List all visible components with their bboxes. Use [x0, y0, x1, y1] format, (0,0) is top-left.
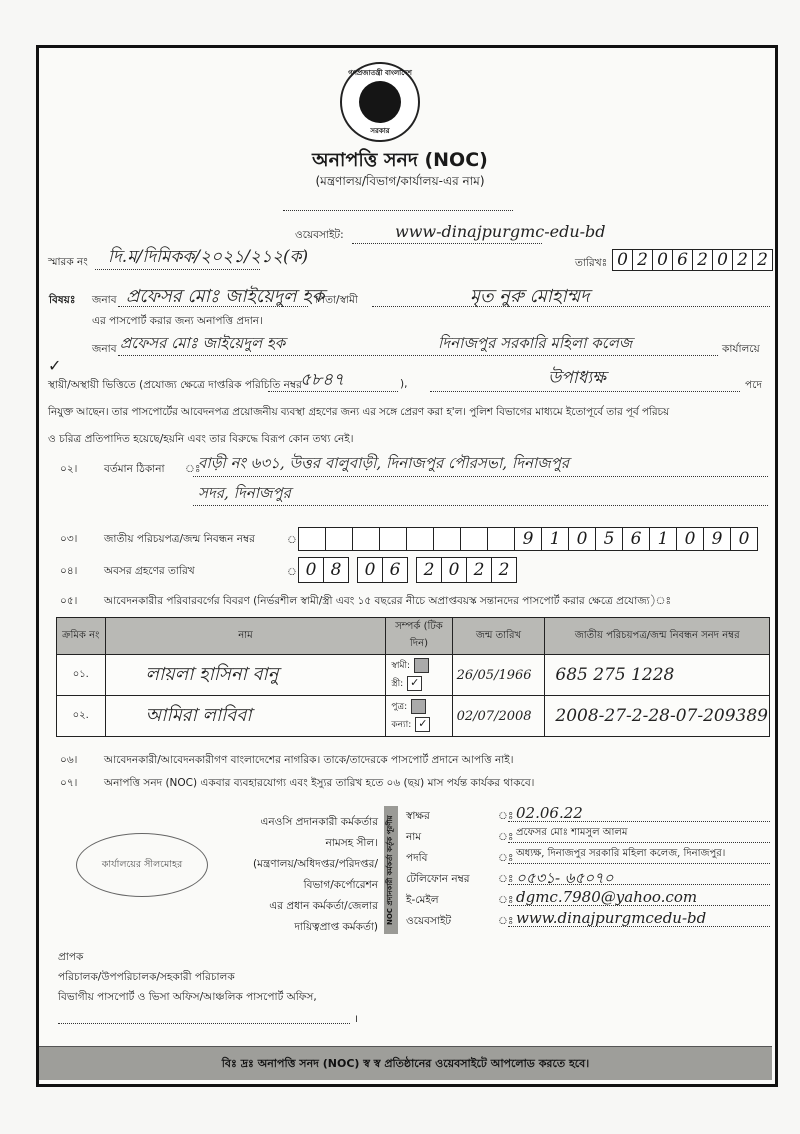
item-04-number: ০৪।: [60, 564, 77, 581]
government-seal-icon: গণপ্রজাতন্ত্রী বাংলাদেশ সরকার: [340, 62, 420, 142]
field-line: [508, 863, 770, 864]
emblem-top-text: গণপ্রজাতন্ত্রী বাংলাদেশ: [342, 67, 418, 79]
digit-box[interactable]: 9: [515, 528, 542, 550]
row-name[interactable]: আমিরা লাবিবা: [105, 696, 386, 737]
officer-description: এনওসি প্রদানকারী কর্মকর্তারনামসহ সীল।(মন…: [200, 812, 378, 938]
unchecked-checkbox[interactable]: [414, 658, 429, 673]
janab-label: জনাব: [92, 293, 117, 310]
digit-box[interactable]: 2: [733, 250, 753, 270]
officer-description-line: এর প্রধান কর্মকর্তা/জেলার: [200, 896, 378, 917]
memo-value[interactable]: দি.ম/দিমিকক/২০২১/২১২(ক): [108, 244, 308, 272]
checked-checkbox[interactable]: ✓: [407, 676, 422, 691]
col-name: নাম: [105, 618, 386, 655]
col-dob: জন্ম তারিখ: [452, 618, 545, 655]
digit-box[interactable]: 2: [417, 558, 442, 582]
validity-statement: অনাপত্তি সনদ (NOC) একবার ব্যবহারযোগ্য এব…: [104, 776, 534, 793]
office-suffix: কার্যালয়ে: [722, 342, 760, 359]
website-value[interactable]: www-dinajpurgmc-edu-bd: [395, 222, 606, 241]
field-label: ওয়েবসাইট: [406, 914, 451, 931]
officer-description-line: নামসহ সীল।: [200, 833, 378, 854]
ministry-name-line: [283, 210, 513, 211]
row-serial: ০২.: [57, 696, 106, 737]
digit-box[interactable]: 8: [324, 558, 348, 582]
field-value[interactable]: dgmc.7980@yahoo.com: [516, 888, 697, 906]
family-table: ক্রমিক নং নাম সম্পর্ক (টিক দিন) জন্ম তার…: [56, 617, 770, 737]
row-id[interactable]: 2008-27-2-28-07-209389: [545, 696, 770, 737]
relation-label: স্ত্রী:: [391, 679, 403, 689]
digit-box[interactable]: 0: [358, 558, 383, 582]
designation[interactable]: উপাধ্যক্ষ: [548, 365, 606, 393]
item-05-number: ০৫।: [60, 594, 77, 611]
row-dob[interactable]: 26/05/1966: [452, 655, 545, 696]
digit-box[interactable]: 9: [704, 528, 731, 550]
digit-box[interactable]: 6: [673, 250, 693, 270]
digit-box[interactable]: 0: [442, 558, 467, 582]
colon: ঃ: [498, 872, 513, 889]
signatory-field: পদবি ঃ অধ্যক্ষ, দিনাজপুর সরকারি মহিলা কল…: [406, 848, 771, 869]
address-value-1[interactable]: বাড়ী নং ৬৩১, উত্তর বালুবাড়ী, দিনাজপুর …: [198, 452, 569, 477]
body-applicant-name[interactable]: প্রফেসর মোঃ জাইয়েদুল হক: [120, 332, 285, 357]
digit-box[interactable]: 2: [467, 558, 492, 582]
colon: ঃ: [498, 851, 513, 868]
digit-box[interactable]: 0: [569, 528, 596, 550]
field-value[interactable]: 02.06.22: [516, 804, 583, 822]
noc-officer-strip: NOC প্রদানকারী কর্মকর্তা কর্তৃক পূরণীয়: [384, 806, 398, 934]
relation-option: কন্যা:✓: [387, 716, 450, 734]
relation-option: স্বামী:: [387, 657, 450, 675]
body-janab-label: জনাব: [92, 342, 117, 359]
unchecked-checkbox[interactable]: [411, 699, 426, 714]
address-value-2[interactable]: সদর, দিনাজপুর: [198, 482, 291, 507]
recipient-label: প্রাপক: [58, 950, 83, 967]
applicant-name[interactable]: প্রফেসর মোঃ জাইয়েদুল হক: [126, 282, 324, 313]
digit-box[interactable]: 0: [677, 528, 704, 550]
field-label: নাম: [406, 830, 421, 847]
digit-box[interactable]: [299, 528, 326, 550]
row-id[interactable]: 685 275 1228: [545, 655, 770, 696]
status-prefix: স্থায়ী/অস্থায়ী ভিত্তিতে (প্রযোজ্য ক্ষে…: [48, 378, 302, 395]
row-relation: স্বামী:স্ত্রী:✓: [386, 655, 452, 696]
row-dob[interactable]: 02/07/2008: [452, 696, 545, 737]
field-value[interactable]: www.dinajpurgmcedu-bd: [516, 909, 706, 927]
relation-label: স্বামী:: [391, 661, 410, 671]
office-name[interactable]: দিনাজপুর সরকারি মহিলা কলেজ: [438, 332, 632, 357]
father-label: পিতা/স্বামী: [315, 293, 358, 310]
digit-box[interactable]: [326, 528, 353, 550]
subject-line-2: এর পাসপোর্ট করার জন্য অনাপত্তি প্রদান।: [92, 314, 263, 331]
table-row: ০২. আমিরা লাবিবা পুত্র:কন্যা:✓ 02/07/200…: [57, 696, 770, 737]
paren-close: ),: [400, 378, 407, 390]
office-seal-placeholder: কার্যালয়ের সীলমোহর: [76, 833, 208, 897]
digit-box[interactable]: [434, 528, 461, 550]
retirement-month-boxes[interactable]: 06: [357, 557, 408, 583]
relation-option: স্ত্রী:✓: [387, 675, 450, 693]
digit-box[interactable]: 1: [542, 528, 569, 550]
signatory-field: ওয়েবসাইট ঃ www.dinajpurgmcedu-bd: [406, 911, 771, 932]
item-02-number: ০২।: [60, 462, 77, 479]
officer-description-line: বিভাগ/কর্পোরেশন: [200, 875, 378, 896]
officer-description-line: দায়িত্বপ্রাপ্ত কর্মকর্তা): [200, 917, 378, 938]
family-details-label: আবেদনকারীর পরিবারবর্গের বিবরণ (নির্ভরশীল…: [104, 594, 671, 611]
relation-label: পুত্র:: [391, 702, 407, 712]
date-label: তারিখঃ: [575, 256, 607, 273]
digit-box[interactable]: 2: [753, 250, 772, 270]
digit-box[interactable]: 5: [596, 528, 623, 550]
digit-box[interactable]: 2: [633, 250, 653, 270]
field-value[interactable]: প্রফেসর মোঃ শামসুল আলম: [516, 825, 627, 842]
recipient-line-2: বিভাগীয় পাসপোর্ট ও ভিসা অফিস/আঞ্চলিক পা…: [58, 990, 317, 1007]
emblem-disc: [359, 81, 401, 123]
row-name[interactable]: লায়লা হাসিনা বানু: [105, 655, 386, 696]
issue-date-boxes[interactable]: 02062022: [612, 249, 773, 271]
digit-box[interactable]: [407, 528, 434, 550]
emblem-bottom-text: সরকার: [342, 125, 418, 137]
digit-box[interactable]: 6: [383, 558, 407, 582]
nid-boxes[interactable]: 910561090: [298, 527, 758, 551]
field-value[interactable]: অধ্যক্ষ, দিনাজপুর সরকারি মহিলা কলেজ, দিন…: [516, 846, 725, 863]
digit-box[interactable]: 6: [623, 528, 650, 550]
item-06-number: ০৬।: [60, 753, 77, 770]
colon: ঃ: [498, 914, 513, 931]
digit-box[interactable]: 2: [492, 558, 516, 582]
relation-option: পুত্র:: [387, 698, 450, 716]
retirement-day-boxes[interactable]: 08: [298, 557, 349, 583]
item-03-number: ০৩।: [60, 532, 77, 549]
body-paragraph-2: ও চরিত্র প্রতিপাদিত হয়েছে/হয়নি এবং তার…: [48, 432, 353, 449]
official-id-number[interactable]: ৫৮৪৭: [300, 367, 344, 395]
row-serial: ০১.: [57, 655, 106, 696]
colon: ঃ: [498, 893, 513, 910]
signatory-field: স্বাক্ষর ঃ 02.06.22: [406, 806, 771, 827]
signatory-fields: স্বাক্ষর ঃ 02.06.22নাম ঃ প্রফেসর মোঃ শাম…: [406, 806, 771, 932]
website-line: [352, 243, 542, 244]
col-id: জাতীয় পরিচয়পত্র/জন্ম নিবন্ধন সনদ নম্বর: [545, 618, 770, 655]
citizenship-statement: আবেদনকারী/আবেদনকারীগণ বাংলাদেশের নাগরিক।…: [104, 753, 514, 770]
colon: ঃ: [498, 809, 513, 826]
relation-label: কন্যা:: [391, 720, 411, 730]
signatory-field: টেলিফোন নম্বর ঃ ০৫৩১- ৬৫০৭০: [406, 869, 771, 890]
address-label: বর্তমান ঠিকানা: [104, 462, 165, 479]
memo-label: স্মারক নং: [48, 255, 88, 272]
table-row: ০১. লায়লা হাসিনা বানু স্বামী:স্ত্রী:✓ 2…: [57, 655, 770, 696]
page-subtitle: (মন্ত্রণালয়/বিভাগ/কার্যালয়-এর নাম): [0, 173, 800, 193]
checkmark-icon: ✓: [48, 356, 61, 375]
recipient-office-line[interactable]: [58, 1023, 350, 1024]
item-07-number: ০৭।: [60, 776, 77, 793]
field-label: ই-মেইল: [406, 893, 439, 910]
col-serial: ক্রমিক নং: [57, 618, 106, 655]
website-label: ওয়েবসাইট:: [295, 228, 344, 245]
field-line: [508, 842, 770, 843]
recipient-line-end: ।: [354, 1012, 358, 1026]
digit-box[interactable]: [461, 528, 488, 550]
officer-description-line: এনওসি প্রদানকারী কর্মকর্তার: [200, 812, 378, 833]
father-name[interactable]: মৃত নুরু মোহাম্মদ: [470, 282, 590, 313]
digit-box[interactable]: [488, 528, 515, 550]
digit-box[interactable]: 0: [613, 250, 633, 270]
signatory-field: ই-মেইল ঃ dgmc.7980@yahoo.com: [406, 890, 771, 911]
footer-note: বিঃ দ্রঃ অনাপত্তি সনদ (NOC) স্ব স্ব প্রত…: [39, 1046, 772, 1080]
row-relation: পুত্র:কন্যা:✓: [386, 696, 452, 737]
digit-box[interactable]: 2: [693, 250, 713, 270]
retirement-date-label: অবসর গ্রহণের তারিখ: [104, 564, 195, 581]
subject-label: বিষয়ঃ: [49, 293, 75, 310]
field-label: পদবি: [406, 851, 428, 868]
digit-box[interactable]: 0: [653, 250, 673, 270]
recipient-line-1: পরিচালক/উপপরিচালক/সহকারী পরিচালক: [58, 970, 235, 987]
designation-suffix: পদে: [745, 378, 762, 395]
digit-box[interactable]: [380, 528, 407, 550]
signatory-field: নাম ঃ প্রফেসর মোঃ শামসুল আলম: [406, 827, 771, 848]
nid-label: জাতীয় পরিচয়পত্র/জন্ম নিবন্ধন নম্বর: [104, 532, 255, 549]
field-label: স্বাক্ষর: [406, 809, 430, 826]
retirement-year-boxes[interactable]: 2022: [416, 557, 517, 583]
digit-box[interactable]: 0: [299, 558, 324, 582]
field-label: টেলিফোন নম্বর: [406, 872, 470, 889]
checked-checkbox[interactable]: ✓: [415, 717, 430, 732]
digit-box[interactable]: 1: [650, 528, 677, 550]
officer-description-line: (মন্ত্রণালয়/অধিদপ্তর/পরিদপ্তর/: [200, 854, 378, 875]
digit-box[interactable]: [353, 528, 380, 550]
col-relation: সম্পর্ক (টিক দিন): [386, 618, 452, 655]
digit-box[interactable]: 0: [731, 528, 757, 550]
colon: ঃ: [498, 830, 513, 847]
digit-box[interactable]: 0: [713, 250, 733, 270]
body-paragraph-1: নিযুক্ত আছেন। তার পাসপোর্টের আবেদনপত্র প…: [48, 405, 669, 422]
